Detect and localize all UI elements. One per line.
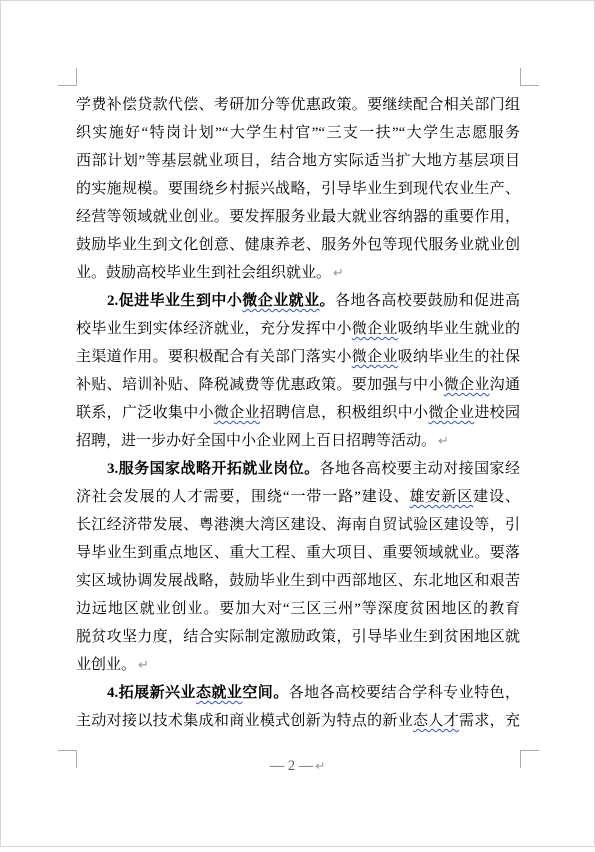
- text-line[interactable]: 济社会发展的人才需要，围绕“一带一路”建设、雄安新区建设、: [76, 483, 520, 511]
- text-line[interactable]: 织实施好“特岗计划”“大学生村官”“三支一扶”“大学生志愿服务: [76, 119, 520, 147]
- spellcheck-wavy-underlined-text: 微企业: [352, 321, 398, 337]
- page-number: — 2 —: [270, 758, 314, 774]
- text-segment: 2.促进毕业生到中小: [107, 293, 242, 309]
- spellcheck-wavy-underlined-text: 态人才: [413, 713, 459, 729]
- text-boundary-mark-top-left-v: [76, 68, 77, 86]
- text-line[interactable]: 校毕业生到实体经济就业，充分发挥中小微企业吸纳毕业生就业的: [76, 315, 520, 343]
- text-line[interactable]: 2.促进毕业生到中小微企业就业。各地各高校要鼓励和促进高: [76, 287, 520, 315]
- text-segment: 招聘信息，积极组织中小: [260, 405, 429, 421]
- text-segment: 西部计划”等基层就业项目，结合地方实际适当扩大地方基层项目: [76, 153, 520, 169]
- text-segment: 各地各高校要鼓励和促进高: [335, 293, 520, 309]
- text-segment: 进校园: [474, 405, 520, 421]
- text-segment: 需求，充: [459, 713, 520, 729]
- text-segment: 济社会发展的人才需要，围绕“一带一路”建设、: [76, 489, 409, 505]
- text-segment: 各地各高校要结合学科专业特色，: [289, 685, 520, 701]
- text-line[interactable]: 鼓励毕业生到文化创意、健康养老、服务外包等现代服务业就业创: [76, 231, 520, 259]
- text-boundary-mark-bottom-right-h: [520, 750, 539, 751]
- text-segment: 吸纳毕业生就业的: [398, 321, 520, 337]
- text-line[interactable]: 经营等领域就业创业。要发挥服务业最大就业容纳器的重要作用，: [76, 203, 520, 231]
- text-line[interactable]: 长江经济带发展、粤港澳大湾区建设、海南自贸试验区建设等，引: [76, 511, 520, 539]
- spellcheck-wavy-underlined-text: 微企业: [444, 377, 490, 393]
- text-segment: 沟通: [490, 377, 520, 393]
- text-segment: 导毕业生到重点地区、重大工程、重大项目、重要领域就业。要落: [76, 545, 520, 561]
- paragraph-mark: ↵: [136, 658, 149, 673]
- text-line[interactable]: 补贴、培训补贴、降税减费等优惠政策。要加强与中小微企业沟通: [76, 371, 520, 399]
- paragraph-mark: ↵: [331, 266, 344, 281]
- text-line[interactable]: 4.拓展新兴业态就业空间。各地各高校要结合学科专业特色，: [76, 679, 520, 707]
- text-segment: 鼓励毕业生到文化创意、健康养老、服务外包等现代服务业就业创: [76, 237, 520, 253]
- spellcheck-wavy-underlined-text: 雄安新区: [409, 489, 473, 505]
- text-segment: 4.拓展新兴业: [107, 685, 196, 701]
- text-line[interactable]: 联系，广泛收集中小微企业招聘信息，积极组织中小微企业进校园: [76, 399, 520, 427]
- text-segment: 。: [320, 293, 335, 309]
- text-line[interactable]: 业。鼓励高校毕业生到社会组织就业。↵: [76, 259, 520, 287]
- text-segment: 主渠道作用。要积极配合有关部门落实小: [76, 349, 352, 365]
- text-segment: 主动对接以技术集成和商业模式创新为特点的新业: [76, 713, 413, 729]
- text-segment: 业。鼓励高校毕业生到社会组织就业。: [76, 265, 331, 281]
- text-segment: 各地各高校要主动对接国家经: [320, 461, 520, 477]
- document-page: 学费补偿贷款代偿、考研加分等优惠政策。要继续配合相关部门组织实施好“特岗计划”“…: [0, 0, 595, 852]
- text-line[interactable]: 西部计划”等基层就业项目，结合地方实际适当扩大地方基层项目: [76, 147, 520, 175]
- text-segment: 实区域协调发展战略，鼓励毕业生到中西部地区、东北地区和艰苦: [76, 573, 520, 589]
- text-segment: 长江经济带发展、粤港澳大湾区建设、海南自贸试验区建设等，引: [76, 517, 520, 533]
- spellcheck-wavy-underlined-text: 态就业: [196, 685, 242, 701]
- text-boundary-mark-top-right-v: [520, 68, 521, 86]
- text-segment: 补贴、培训补贴、降税减费等优惠政策。要加强与中小: [76, 377, 444, 393]
- text-segment: 校毕业生到实体经济就业，充分发挥中小: [76, 321, 352, 337]
- spellcheck-wavy-underlined-text: 微企业: [352, 349, 398, 365]
- text-segment: 脱贫攻坚力度，结合实际制定激励政策，引导毕业生到贫困地区就: [76, 629, 520, 645]
- text-segment: 空间。: [242, 685, 288, 701]
- text-line[interactable]: 业创业。↵: [76, 651, 520, 679]
- text-segment: 学费补偿贷款代偿、考研加分等优惠政策。要继续配合相关部门组: [76, 97, 520, 113]
- text-segment: 吸纳毕业生的社保: [398, 349, 520, 365]
- text-boundary-mark-bottom-left-h: [58, 750, 77, 751]
- text-segment: 联系，广泛收集中小: [76, 405, 214, 421]
- page-footer: — 2 —↵: [0, 755, 595, 777]
- text-segment: 业创业。: [76, 657, 136, 673]
- text-line[interactable]: 学费补偿贷款代偿、考研加分等优惠政策。要继续配合相关部门组: [76, 91, 520, 119]
- text-segment: 建设、: [473, 489, 520, 505]
- text-segment: 3.服务国家战略开拓就业岗位。: [107, 461, 320, 477]
- text-line[interactable]: 实区域协调发展战略，鼓励毕业生到中西部地区、东北地区和艰苦: [76, 567, 520, 595]
- text-boundary-mark-top-left-h: [58, 85, 77, 86]
- paragraph-mark: ↵: [436, 434, 449, 449]
- text-line[interactable]: 主动对接以技术集成和商业模式创新为特点的新业态人才需求，充: [76, 707, 520, 735]
- text-segment: 的实施规模。要围绕乡村振兴战略，引导毕业生到现代农业生产、: [76, 181, 520, 197]
- text-line[interactable]: 的实施规模。要围绕乡村振兴战略，引导毕业生到现代农业生产、: [76, 175, 520, 203]
- text-segment: 经营等领域就业创业。要发挥服务业最大就业容纳器的重要作用，: [76, 209, 520, 225]
- text-segment: 招聘，进一步办好全国中小企业网上百日招聘等活动。: [76, 433, 436, 449]
- text-line[interactable]: 脱贫攻坚力度，结合实际制定激励政策，引导毕业生到贫困地区就: [76, 623, 520, 651]
- footer-paragraph-mark: ↵: [313, 759, 325, 773]
- text-segment: 边远地区就业创业。要加大对“三区三州”等深度贫困地区的教育: [76, 601, 520, 617]
- spellcheck-wavy-underlined-text: 微企业: [214, 405, 260, 421]
- spellcheck-wavy-underlined-text: 微企业就业: [242, 293, 319, 309]
- text-line[interactable]: 3.服务国家战略开拓就业岗位。各地各高校要主动对接国家经: [76, 455, 520, 483]
- text-line[interactable]: 导毕业生到重点地区、重大工程、重大项目、重要领域就业。要落: [76, 539, 520, 567]
- spellcheck-wavy-underlined-text: 微企业: [428, 405, 474, 421]
- text-segment: 织实施好“特岗计划”“大学生村官”“三支一扶”“大学生志愿服务: [76, 125, 520, 141]
- document-body[interactable]: 学费补偿贷款代偿、考研加分等优惠政策。要继续配合相关部门组织实施好“特岗计划”“…: [76, 91, 520, 735]
- text-line[interactable]: 招聘，进一步办好全国中小企业网上百日招聘等活动。↵: [76, 427, 520, 455]
- text-line[interactable]: 主渠道作用。要积极配合有关部门落实小微企业吸纳毕业生的社保: [76, 343, 520, 371]
- text-boundary-mark-top-right-h: [520, 85, 539, 86]
- text-line[interactable]: 边远地区就业创业。要加大对“三区三州”等深度贫困地区的教育: [76, 595, 520, 623]
